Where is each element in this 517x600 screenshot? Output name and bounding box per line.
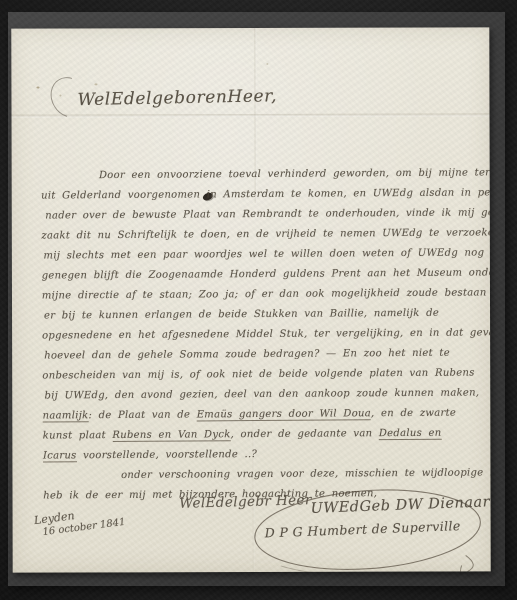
letter-body: Door een onvoorziene toeval verhinderd g… — [41, 163, 487, 506]
letter-dateline: Leyden 16 october 1841 — [33, 503, 126, 540]
letter-text: WelEdelgeborenHeer, Door een onvoorziene… — [11, 27, 490, 572]
underlined-phrase: Rubens en Van Dyck — [112, 429, 230, 442]
underlined-phrase: naamlijk — [43, 410, 89, 422]
underlined-phrase: Dedalus en — [379, 428, 442, 440]
signature-block: UWEdGeb DW Dienaar D P G Humbert de Supe… — [250, 483, 488, 572]
letter-photograph: WelEdelgeborenHeer, Door een onvoorziene… — [0, 0, 517, 600]
underlined-phrase: Emaüs gangers door Wil Doua — [197, 408, 371, 421]
letter-salutation: WelEdelgeborenHeer, — [77, 86, 277, 110]
letter-paper: WelEdelgeborenHeer, Door een onvoorziene… — [11, 27, 490, 572]
underlined-phrase: Icarus — [43, 450, 77, 462]
